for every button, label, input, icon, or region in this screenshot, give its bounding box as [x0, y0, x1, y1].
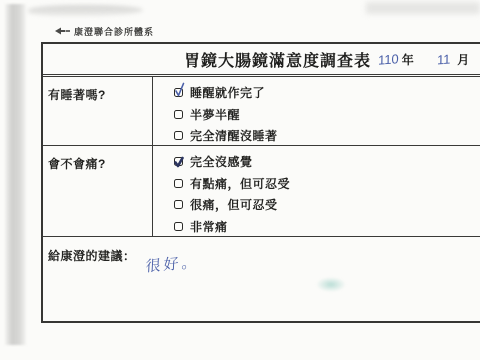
question-sleep-label: 有睡著嗎? [48, 88, 106, 102]
option-label: 很痛，但可忍受 [190, 196, 278, 213]
suggestion-label: 給康澄的建議： [48, 249, 136, 263]
option-label: 半夢半醒 [190, 106, 240, 123]
survey-form-table: 胃鏡大腸鏡滿意度調查表 110 年 11 月 2 有睡著嗎? 睡醒就作完了 半夢… [41, 42, 480, 323]
question-label-cell: 有睡著嗎? [43, 77, 153, 145]
paper-fold-shadow [28, 5, 143, 16]
checkbox-empty-icon [174, 200, 183, 209]
checkbox-empty-icon [174, 222, 183, 231]
option-row: 有點痛，但可忍受 [174, 173, 290, 195]
options-sleep: 睡醒就作完了 半夢半醒 完全清醒沒睡著 [153, 77, 278, 145]
option-row: 很痛，但可忍受 [174, 194, 290, 216]
option-row: 半夢半醒 [174, 104, 278, 126]
question-label-cell: 會不會痛? [43, 146, 153, 236]
question-pain-label: 會不會痛? [48, 157, 106, 171]
question-row-pain: 會不會痛? 完全沒感覺 有點痛，但可忍受 很痛，但可忍受 [43, 146, 480, 237]
option-row: 完全清醒沒睡著 [174, 125, 278, 147]
handwritten-year: 110 [378, 51, 399, 68]
month-label: 月 [457, 51, 469, 68]
option-row: 非常痛 [174, 216, 290, 238]
option-label: 睡醒就作完了 [190, 84, 265, 101]
question-row-sleep: 有睡著嗎? 睡醒就作完了 半夢半醒 完全清醒沒睡著 [43, 77, 480, 146]
option-row: 完全沒感覺 [174, 151, 290, 173]
scanned-survey-form: { "header": { "org_name": "康澄聯合診所體系", "l… [0, 0, 480, 360]
form-title-row: 胃鏡大腸鏡滿意度調查表 110 年 11 月 2 [43, 44, 480, 77]
handwritten-suggestion: 很好。 [145, 251, 200, 277]
clinic-header: 康澄聯合診所體系 [55, 25, 154, 37]
clinic-logo-icon [55, 27, 70, 35]
checkbox-empty-icon [174, 110, 183, 119]
scan-artifact [366, 2, 480, 14]
handwritten-month: 11 [437, 51, 451, 67]
options-pain: 完全沒感覺 有點痛，但可忍受 很痛，但可忍受 非常痛 [153, 146, 290, 236]
option-label: 完全沒感覺 [190, 153, 253, 170]
option-row: 睡醒就作完了 [174, 82, 278, 104]
option-label: 有點痛，但可忍受 [190, 175, 290, 192]
year-label: 年 [402, 51, 414, 68]
checkbox-empty-icon [174, 179, 183, 188]
scanner-edge-shadow [5, 4, 26, 345]
clinic-name: 康澄聯合診所體系 [74, 25, 154, 38]
suggestion-row: 給康澄的建議： 很好。 [43, 237, 480, 321]
option-label: 完全清醒沒睡著 [190, 127, 278, 144]
checkbox-empty-icon [174, 131, 183, 140]
checkbox-checked-icon [174, 157, 183, 166]
checkbox-checked-icon [174, 88, 183, 97]
option-label: 非常痛 [190, 218, 228, 235]
form-title: 胃鏡大腸鏡滿意度調查表 [184, 48, 371, 71]
